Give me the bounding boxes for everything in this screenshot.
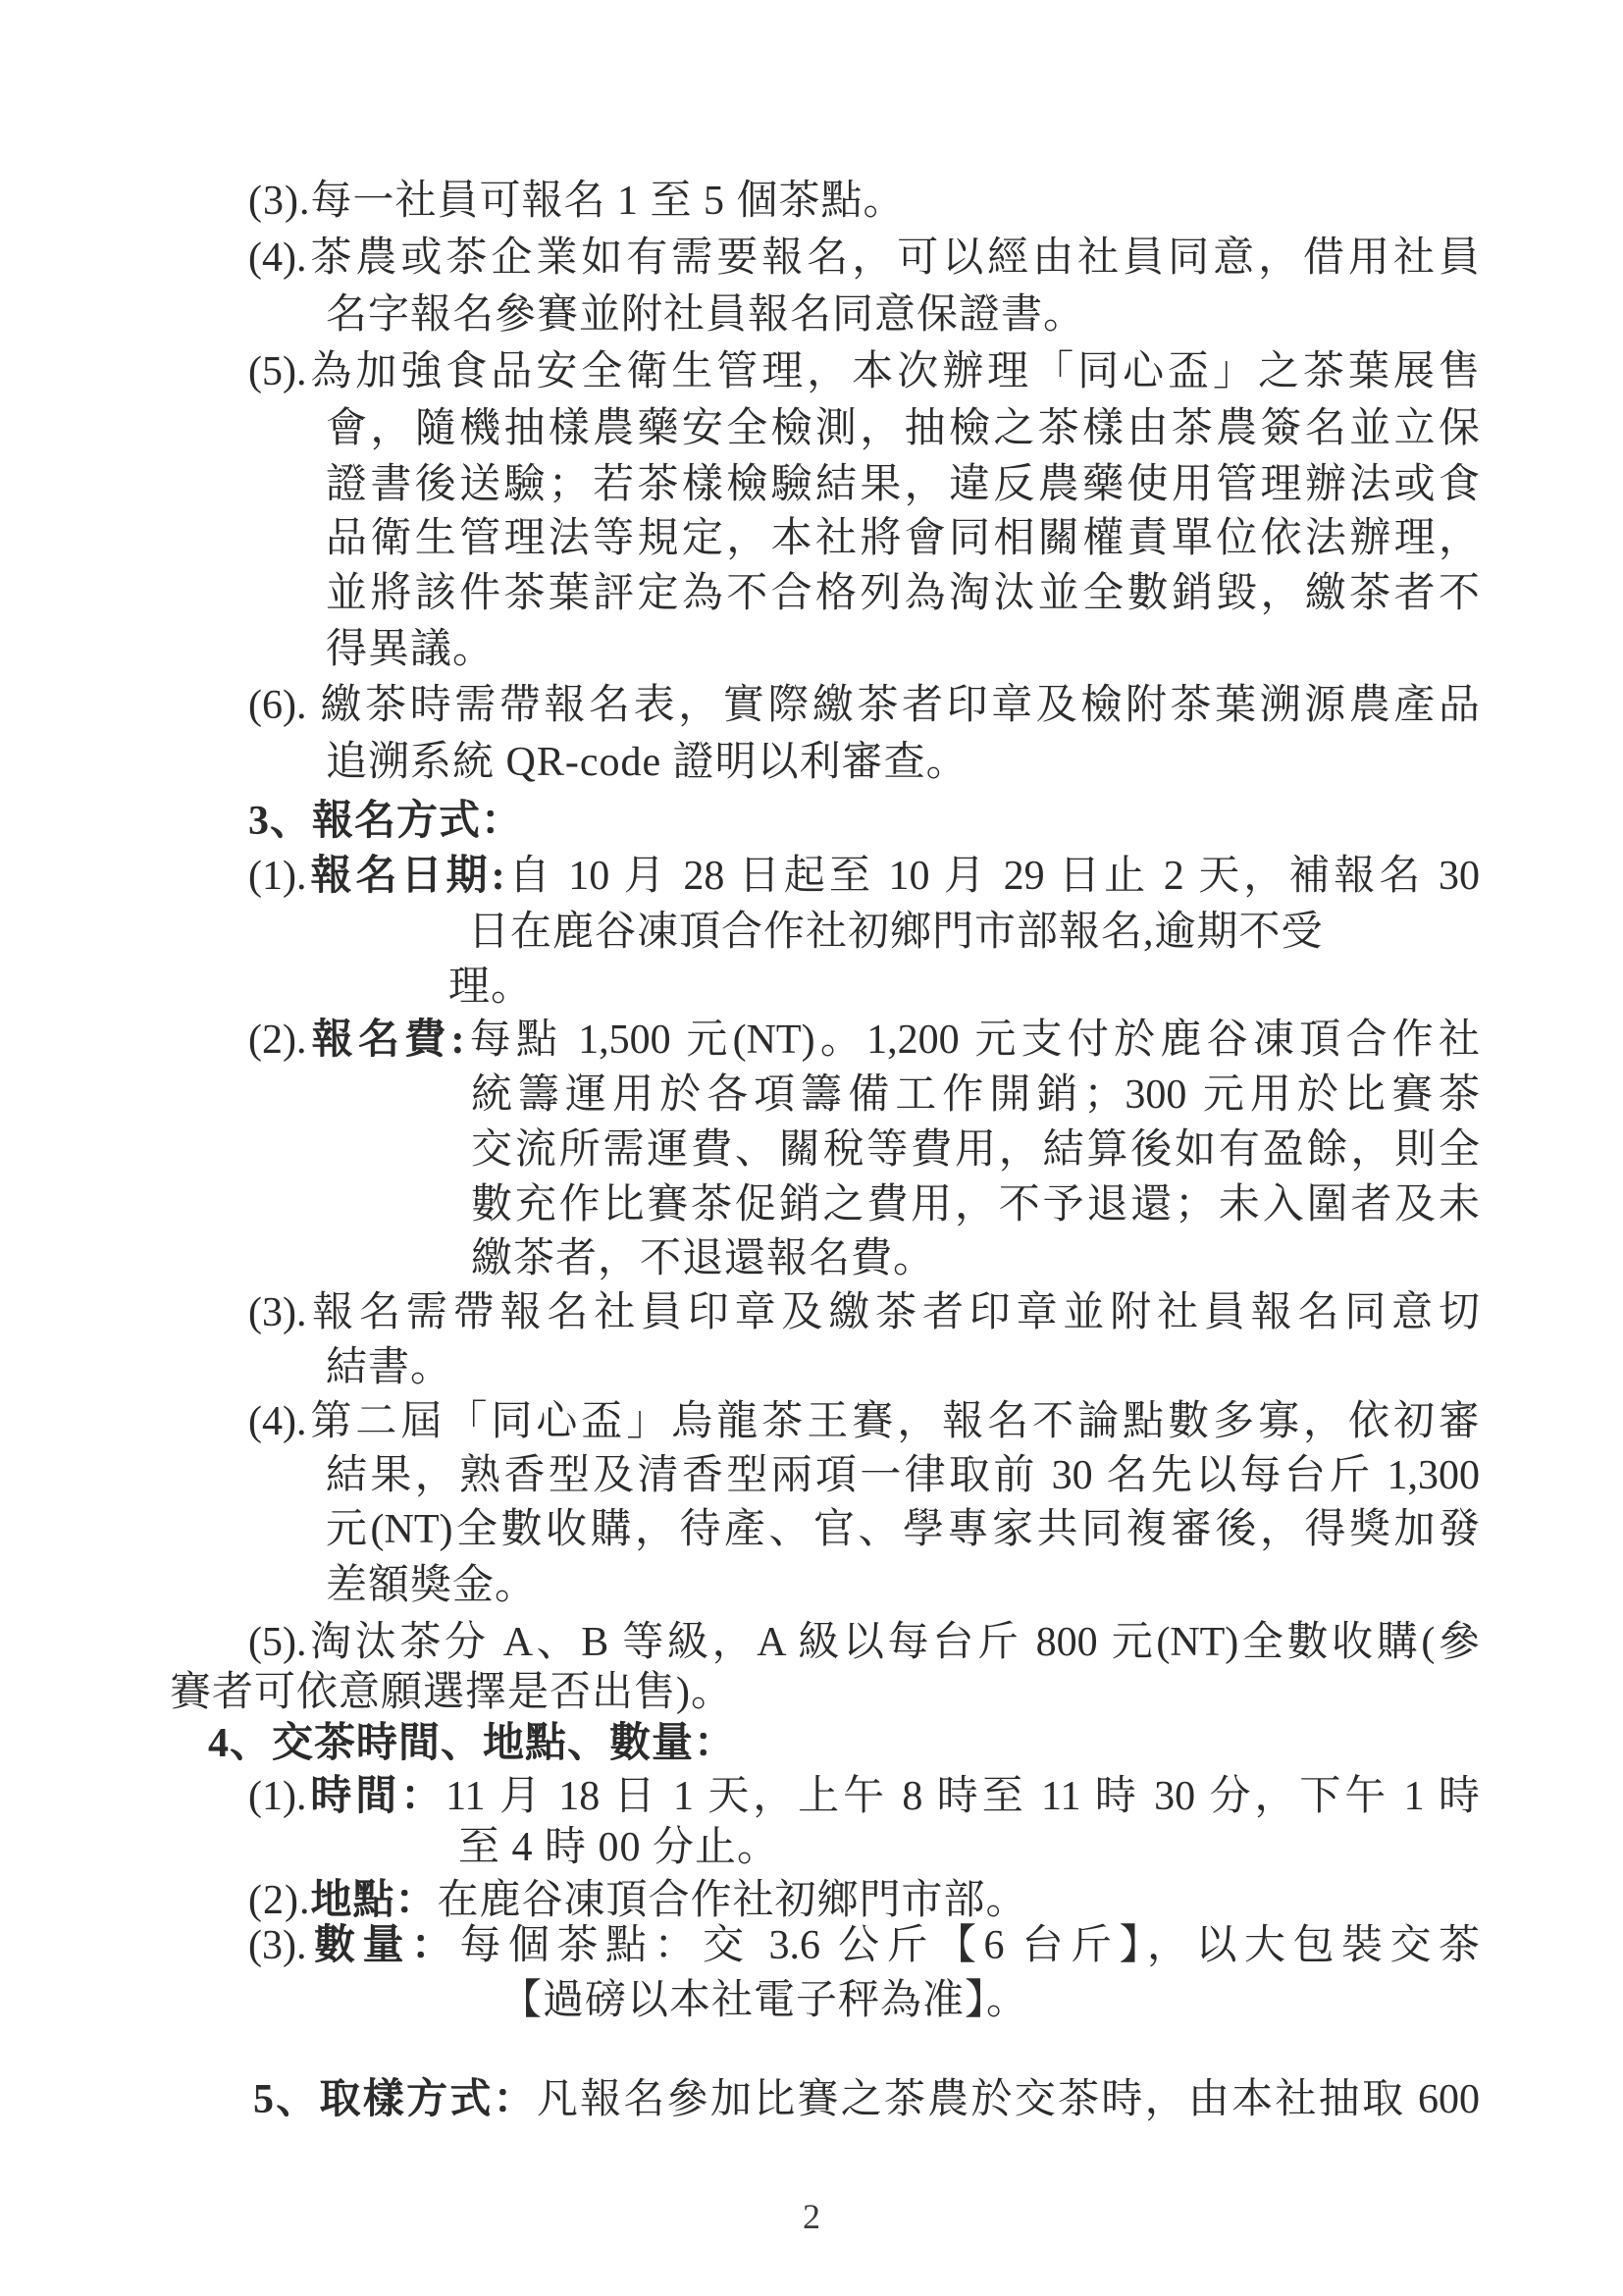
text-line: 【過磅以本社電子秤為准】。 [500, 1976, 1028, 2025]
text-line: 元(NT)全數收購，待產、官、學專家共同複審後，得獎加發 [326, 1505, 1480, 1554]
text-line: 日在鹿谷凍頂合作社初鄉門市部報名,逾期不受 [468, 908, 1324, 957]
bold-text-segment: 數量： [306, 1923, 459, 1968]
text-line: 至 4 時 00 分止。 [458, 1823, 779, 1872]
text-segment: (1). [248, 854, 306, 899]
text-segment: (4).第二屆「同心盃」烏龍茶王賽，報名不論點數多寡，依初審 [248, 1399, 1480, 1444]
text-segment: 至 4 時 00 分止。 [458, 1825, 779, 1870]
text-segment: (4).茶農或茶企業如有需要報名，可以經由社員同意，借用社員 [248, 235, 1480, 281]
bold-text-segment: 報名日期: [306, 854, 504, 899]
bold-text-segment: 5、取樣方式： [253, 2077, 537, 2122]
text-segment: 結果，熟香型及清香型兩項一律取前 30 名先以每台斤 1,300 [326, 1453, 1480, 1498]
text-line: 3、報名方式： [248, 797, 523, 846]
text-segment: (2). [248, 1878, 310, 1923]
bold-text-segment: 時間： [306, 1774, 445, 1819]
text-line: (5).為加強食品安全衛生管理，本次辦理「同心盃」之茶葉展售 [248, 347, 1480, 396]
text-segment: 繳茶者，不退還報名費。 [471, 1236, 935, 1281]
document-page: (3).每一社員可報名 1 至 5 個茶點。(4).茶農或茶企業如有需要報名，可… [0, 0, 1623, 2296]
text-line: (6). 繳茶時需帶報名表，實際繳茶者印章及檢附茶葉溯源農產品 [248, 681, 1480, 730]
text-line: 結果，熟香型及清香型兩項一律取前 30 名先以每台斤 1,300 [326, 1451, 1480, 1500]
text-segment: (5).淘汰茶分 A、B 等級，A 級以每台斤 800 元(NT)全數收購(參 [248, 1620, 1480, 1665]
text-segment: (1). [248, 1774, 306, 1819]
text-segment: 元(NT)全數收購，待產、官、學專家共同複審後，得獎加發 [326, 1507, 1480, 1552]
bold-text-segment: 報名費: [306, 1018, 464, 1063]
text-line: 賽者可依意願選擇是否出售)。 [170, 1668, 733, 1717]
text-line: (2).地點：在鹿谷凍頂合作社初鄉門市部。 [248, 1876, 1028, 1925]
text-segment: 證書後送驗；若茶樣檢驗結果，違反農藥使用管理辦法或食 [326, 462, 1480, 507]
text-line: (3).報名需帶報名社員印章及繳茶者印章並附社員報名同意切 [248, 1288, 1480, 1337]
text-segment: 凡報名參加比賽之茶農於交茶時，由本社抽取 600 [537, 2077, 1480, 2122]
text-line: (3).數量：每個茶點：交 3.6 公斤【6 台斤】，以大包裝交茶 [248, 1921, 1480, 1970]
text-line: 證書後送驗；若茶樣檢驗結果，違反農藥使用管理辦法或食 [326, 460, 1480, 509]
text-segment: (3).報名需帶報名社員印章及繳茶者印章並附社員報名同意切 [248, 1290, 1480, 1335]
text-line: (5).淘汰茶分 A、B 等級，A 級以每台斤 800 元(NT)全數收購(參 [248, 1618, 1480, 1667]
text-line: 品衛生管理法等規定，本社將會同相關權責單位依法辦理， [326, 514, 1480, 563]
text-line: 4、交茶時間、地點、數量： [208, 1719, 736, 1768]
text-line: (1).報名日期:自 10 月 28 日起至 10 月 29 日止 2 天，補報… [248, 852, 1480, 901]
text-segment: 理。 [448, 965, 533, 1010]
text-segment: 【過磅以本社電子秤為准】。 [500, 1978, 1028, 2023]
text-segment: 日在鹿谷凍頂合作社初鄉門市部報名,逾期不受 [468, 910, 1324, 955]
text-line: 理。 [448, 963, 533, 1012]
text-segment: 並將該件茶葉評定為不合格列為淘汰並全數銷毀，繳茶者不 [326, 571, 1480, 616]
text-segment: (6). 繳茶時需帶報名表，實際繳茶者印章及檢附茶葉溯源農產品 [248, 683, 1480, 728]
text-line: (4).茶農或茶企業如有需要報名，可以經由社員同意，借用社員 [248, 234, 1480, 283]
text-segment: 每點 1,500 元(NT)。1,200 元支付於鹿谷凍頂合作社 [465, 1018, 1480, 1063]
text-line: 交流所需運費、關稅等費用，結算後如有盈餘，則全 [471, 1125, 1480, 1174]
text-line: 差額獎金。 [326, 1561, 537, 1610]
text-line: 統籌運用於各項籌備工作開銷；300 元用於比賽茶 [471, 1070, 1480, 1120]
text-line: 並將該件茶葉評定為不合格列為淘汰並全數銷毀，繳茶者不 [326, 569, 1480, 618]
bold-text-segment: 4、交茶時間、地點、數量： [208, 1721, 736, 1766]
text-segment: 數充作比賽茶促銷之費用，不予退還；未入圍者及未 [471, 1182, 1480, 1227]
text-line: 追溯系統 QR-code 證明以利審查。 [326, 738, 969, 787]
text-line: 結書。 [326, 1343, 452, 1392]
bold-text-segment: 3、報名方式： [248, 799, 523, 844]
text-segment: 自 10 月 28 日起至 10 月 29 日止 2 天，補報名 30 [505, 854, 1480, 899]
text-segment: 在鹿谷凍頂合作社初鄉門市部。 [438, 1878, 1028, 1923]
text-segment: 名字報名參賽並附社員報名同意保證書。 [326, 292, 1085, 338]
text-line: (1).時間：11 月 18 日 1 天，上午 8 時至 11 時 30 分，下… [248, 1772, 1480, 1821]
text-line: 數充作比賽茶促銷之費用，不予退還；未入圍者及未 [471, 1180, 1480, 1229]
text-line: (2).報名費:每點 1,500 元(NT)。1,200 元支付於鹿谷凍頂合作社 [248, 1016, 1480, 1065]
text-line: 5、取樣方式：凡報名參加比賽之茶農於交茶時，由本社抽取 600 [253, 2075, 1480, 2124]
text-segment: (2). [248, 1018, 306, 1063]
text-segment: 賽者可依意願選擇是否出售)。 [170, 1670, 733, 1715]
text-segment: 統籌運用於各項籌備工作開銷；300 元用於比賽茶 [471, 1072, 1480, 1118]
text-segment: 得異議。 [326, 627, 495, 672]
text-segment: 品衛生管理法等規定，本社將會同相關權責單位依法辦理， [326, 516, 1480, 561]
text-segment: 結書。 [326, 1345, 452, 1390]
page-number: 2 [0, 2196, 1623, 2237]
text-segment: (5).為加強食品安全衛生管理，本次辦理「同心盃」之茶葉展售 [248, 349, 1480, 394]
text-segment: 每個茶點：交 3.6 公斤【6 台斤】，以大包裝交茶 [459, 1923, 1480, 1968]
text-line: 名字報名參賽並附社員報名同意保證書。 [326, 290, 1085, 339]
text-segment: 交流所需運費、關稅等費用，結算後如有盈餘，則全 [471, 1127, 1480, 1173]
text-line: (3).每一社員可報名 1 至 5 個茶點。 [248, 177, 905, 226]
text-segment: 11 月 18 日 1 天，上午 8 時至 11 時 30 分，下午 1 時 [445, 1774, 1480, 1819]
text-line: 繳茶者，不退還報名費。 [471, 1234, 935, 1283]
text-line: (4).第二屆「同心盃」烏龍茶王賽，報名不論點數多寡，依初審 [248, 1397, 1480, 1446]
text-segment: (3).每一社員可報名 1 至 5 個茶點。 [248, 179, 905, 224]
text-segment: (3). [248, 1923, 306, 1968]
text-segment: 差額獎金。 [326, 1563, 537, 1608]
text-segment: 追溯系統 QR-code 證明以利審查。 [326, 740, 969, 785]
document-content: (3).每一社員可報名 1 至 5 個茶點。(4).茶農或茶企業如有需要報名，可… [0, 0, 1623, 2296]
text-line: 會，隨機抽樣農藥安全檢測，抽檢之茶樣由茶農簽名並立保 [326, 404, 1480, 453]
text-segment: 會，隨機抽樣農藥安全檢測，抽檢之茶樣由茶農簽名並立保 [326, 406, 1480, 451]
bold-text-segment: 地點： [310, 1878, 437, 1923]
text-line: 得異議。 [326, 625, 495, 674]
